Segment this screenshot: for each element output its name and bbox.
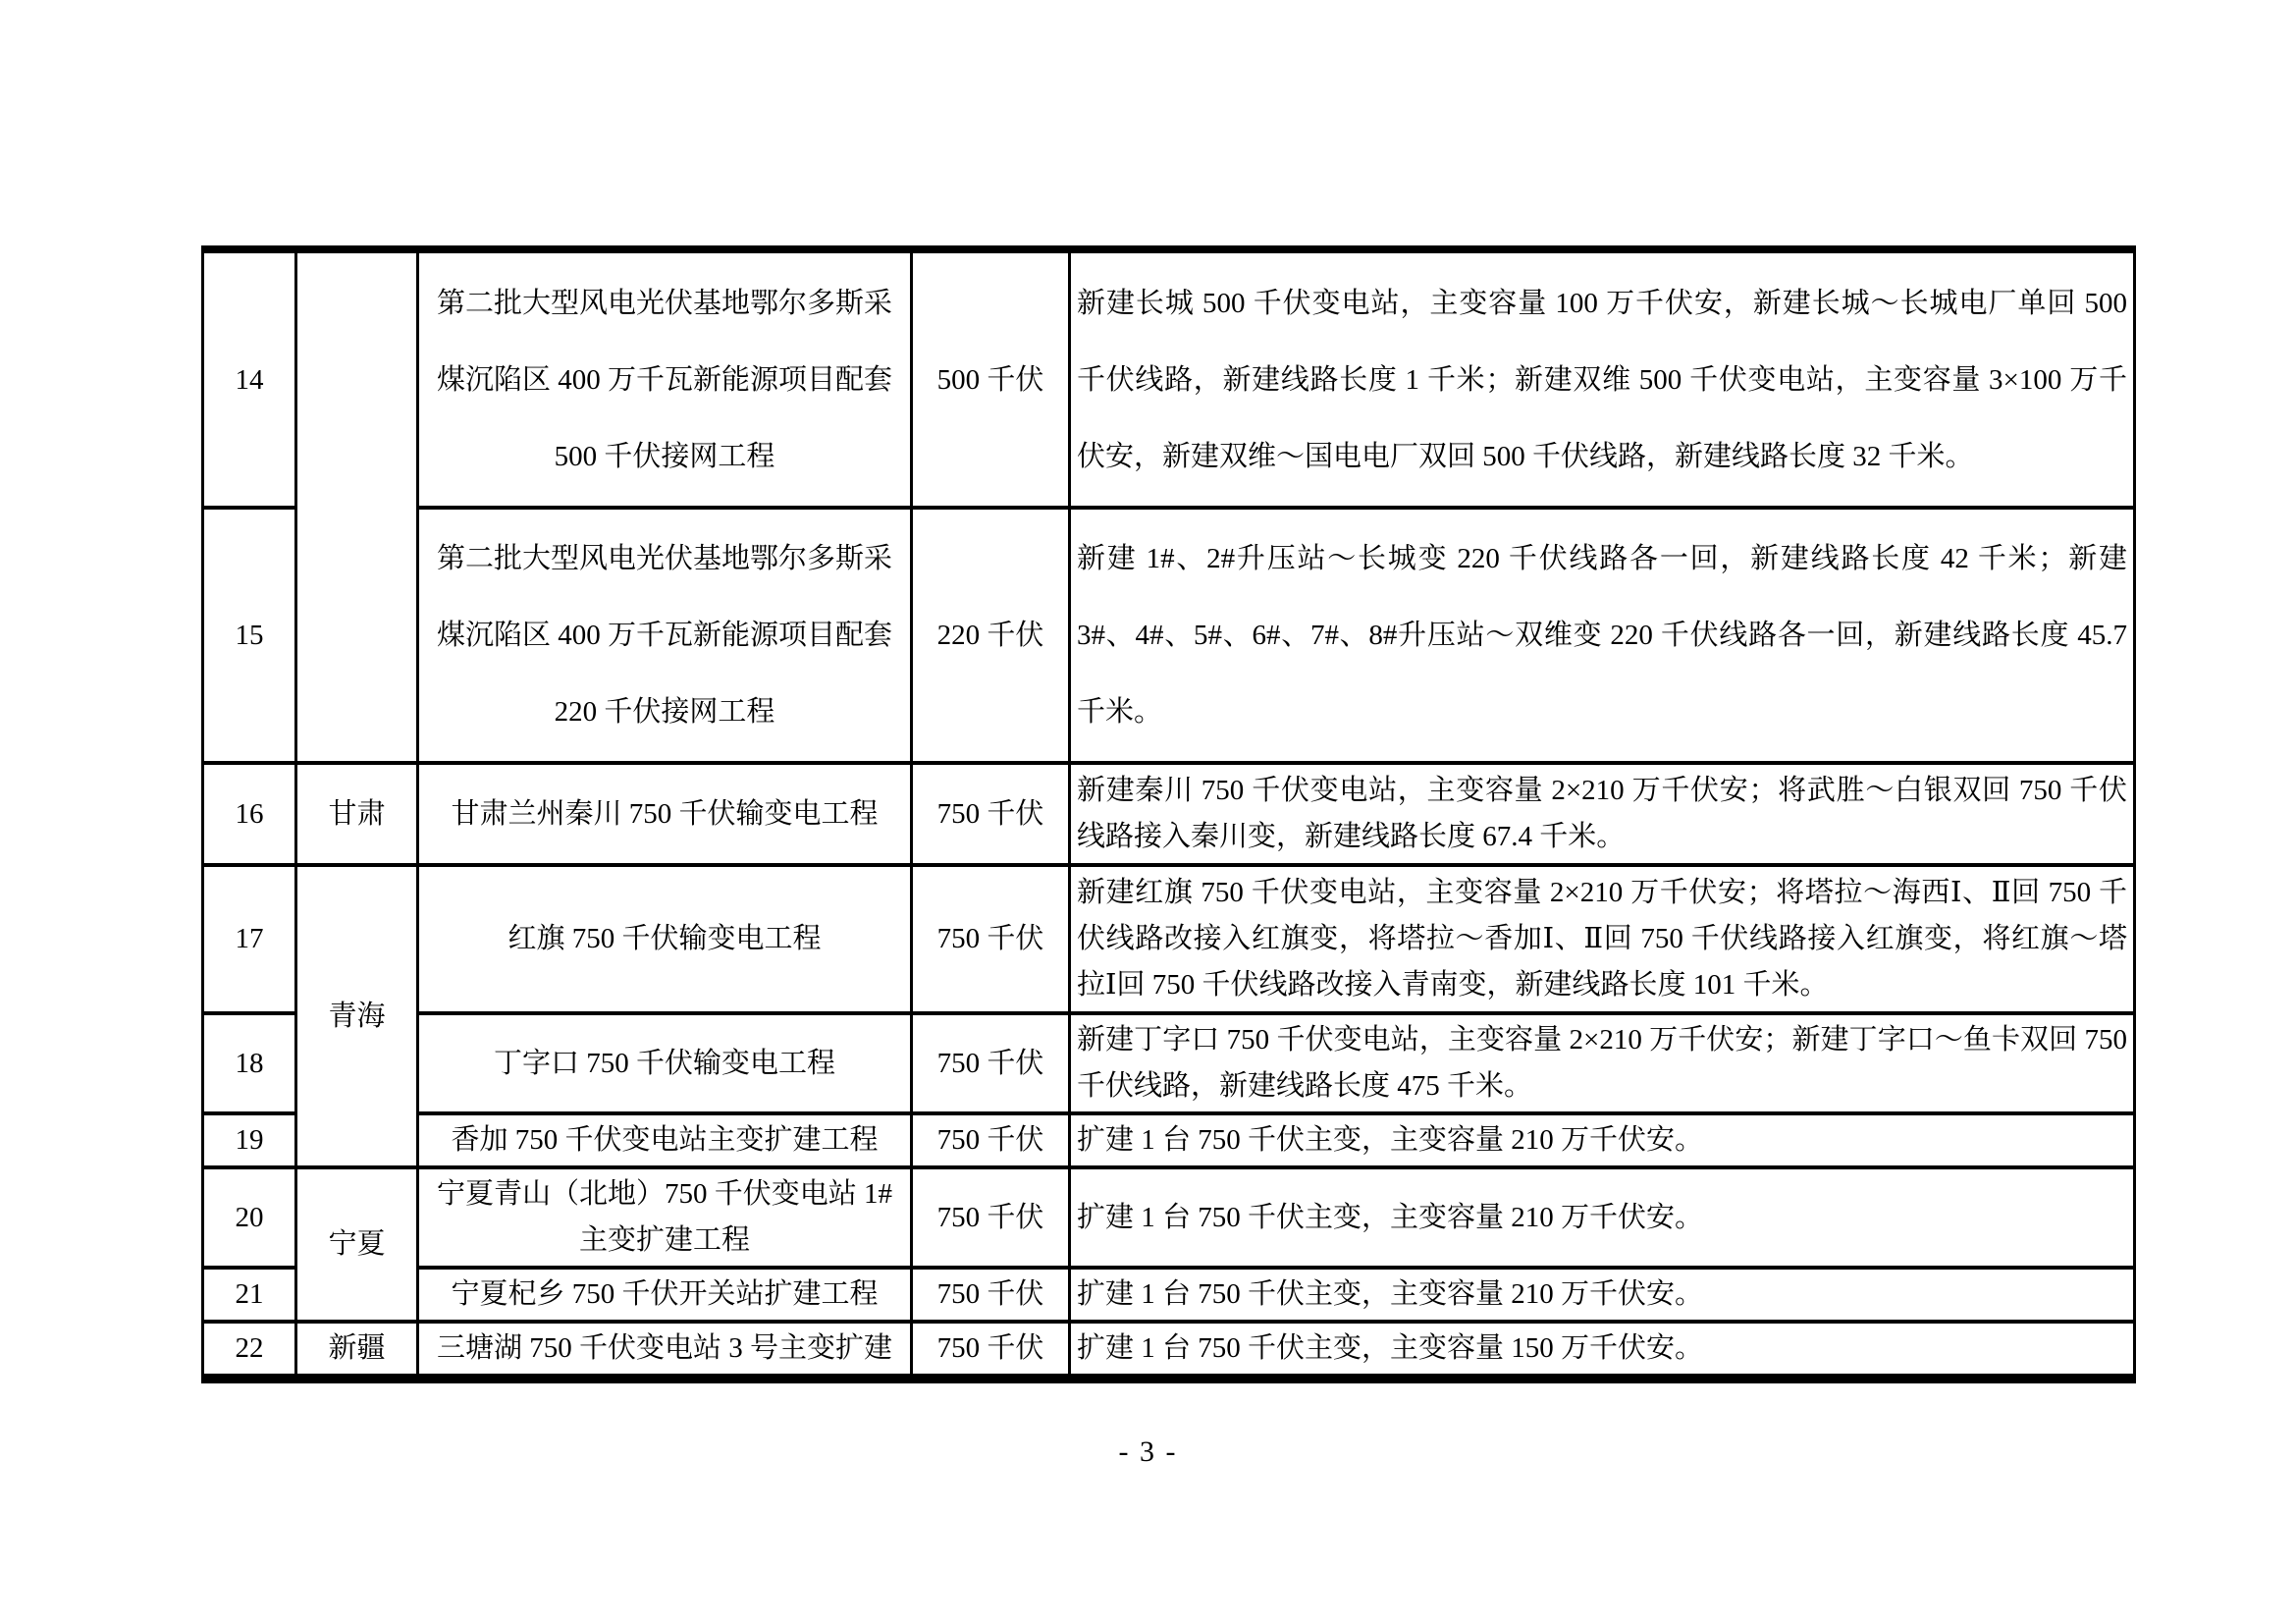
page-number: - 3 - xyxy=(0,1435,2296,1469)
row21-description-cell: 扩建 1 台 750 千伏主变，主变容量 210 万千伏安。 xyxy=(1070,1268,2135,1322)
projects-table: 14 第二批大型风电光伏基地鄂尔多斯采煤沉陷区 400 万千瓦新能源项目配套 5… xyxy=(201,245,2136,1383)
row19-voltage-cell: 750 千伏 xyxy=(912,1113,1070,1167)
row17-number-cell: 17 xyxy=(203,865,296,1013)
province-cell-gansu: 甘肃 xyxy=(296,763,418,865)
province-cell-merged-continued xyxy=(296,249,418,763)
row20-project-cell: 宁夏青山（北地）750 千伏变电站 1# 主变扩建工程 xyxy=(418,1167,912,1268)
province-cell-ningxia: 宁夏 xyxy=(296,1167,418,1322)
table-row: 19 香加 750 千伏变电站主变扩建工程 750 千伏 扩建 1 台 750 … xyxy=(203,1113,2135,1167)
table-row: 21 宁夏杞乡 750 千伏开关站扩建工程 750 千伏 扩建 1 台 750 … xyxy=(203,1268,2135,1322)
row22-number-cell: 22 xyxy=(203,1322,296,1379)
row18-voltage-cell: 750 千伏 xyxy=(912,1013,1070,1113)
row15-project-cell: 第二批大型风电光伏基地鄂尔多斯采煤沉陷区 400 万千瓦新能源项目配套 220 … xyxy=(418,508,912,763)
row17-voltage-cell: 750 千伏 xyxy=(912,865,1070,1013)
row22-voltage-cell: 750 千伏 xyxy=(912,1322,1070,1379)
row17-project-cell: 红旗 750 千伏输变电工程 xyxy=(418,865,912,1013)
row15-voltage-cell: 220 千伏 xyxy=(912,508,1070,763)
province-cell-xinjiang: 新疆 xyxy=(296,1322,418,1379)
row21-project-cell: 宁夏杞乡 750 千伏开关站扩建工程 xyxy=(418,1268,912,1322)
table-row: 15 第二批大型风电光伏基地鄂尔多斯采煤沉陷区 400 万千瓦新能源项目配套 2… xyxy=(203,508,2135,763)
row14-number-cell: 14 xyxy=(203,249,296,508)
row19-number-cell: 19 xyxy=(203,1113,296,1167)
row16-voltage-cell: 750 千伏 xyxy=(912,763,1070,865)
row16-number-cell: 16 xyxy=(203,763,296,865)
row18-project-cell: 丁字口 750 千伏输变电工程 xyxy=(418,1013,912,1113)
row20-description-cell: 扩建 1 台 750 千伏主变，主变容量 210 万千伏安。 xyxy=(1070,1167,2135,1268)
row20-voltage-cell: 750 千伏 xyxy=(912,1167,1070,1268)
row15-number-cell: 15 xyxy=(203,508,296,763)
row19-description-cell: 扩建 1 台 750 千伏主变，主变容量 210 万千伏安。 xyxy=(1070,1113,2135,1167)
table-row: 20 宁夏 宁夏青山（北地）750 千伏变电站 1# 主变扩建工程 750 千伏… xyxy=(203,1167,2135,1268)
table-row: 14 第二批大型风电光伏基地鄂尔多斯采煤沉陷区 400 万千瓦新能源项目配套 5… xyxy=(203,249,2135,508)
row14-voltage-cell: 500 千伏 xyxy=(912,249,1070,508)
row21-voltage-cell: 750 千伏 xyxy=(912,1268,1070,1322)
table-row: 18 丁字口 750 千伏输变电工程 750 千伏 新建丁字口 750 千伏变电… xyxy=(203,1013,2135,1113)
row15-description-cell: 新建 1#、2#升压站～长城变 220 千伏线路各一回，新建线路长度 42 千米… xyxy=(1070,508,2135,763)
row22-project-cell: 三塘湖 750 千伏变电站 3 号主变扩建 xyxy=(418,1322,912,1379)
table-row: 16 甘肃 甘肃兰州秦川 750 千伏输变电工程 750 千伏 新建秦川 750… xyxy=(203,763,2135,865)
row18-number-cell: 18 xyxy=(203,1013,296,1113)
row17-description-cell: 新建红旗 750 千伏变电站，主变容量 2×210 万千伏安；将塔拉～海西Ⅰ、Ⅱ… xyxy=(1070,865,2135,1013)
document-page: 14 第二批大型风电光伏基地鄂尔多斯采煤沉陷区 400 万千瓦新能源项目配套 5… xyxy=(0,0,2296,1624)
row22-description-cell: 扩建 1 台 750 千伏主变，主变容量 150 万千伏安。 xyxy=(1070,1322,2135,1379)
table-row: 22 新疆 三塘湖 750 千伏变电站 3 号主变扩建 750 千伏 扩建 1 … xyxy=(203,1322,2135,1379)
row14-project-cell: 第二批大型风电光伏基地鄂尔多斯采煤沉陷区 400 万千瓦新能源项目配套 500 … xyxy=(418,249,912,508)
row21-number-cell: 21 xyxy=(203,1268,296,1322)
province-cell-qinghai: 青海 xyxy=(296,865,418,1167)
table-row: 17 青海 红旗 750 千伏输变电工程 750 千伏 新建红旗 750 千伏变… xyxy=(203,865,2135,1013)
row20-number-cell: 20 xyxy=(203,1167,296,1268)
row14-description-cell: 新建长城 500 千伏变电站，主变容量 100 万千伏安，新建长城～长城电厂单回… xyxy=(1070,249,2135,508)
row19-project-cell: 香加 750 千伏变电站主变扩建工程 xyxy=(418,1113,912,1167)
row16-project-cell: 甘肃兰州秦川 750 千伏输变电工程 xyxy=(418,763,912,865)
row16-description-cell: 新建秦川 750 千伏变电站，主变容量 2×210 万千伏安；将武胜～白银双回 … xyxy=(1070,763,2135,865)
row18-description-cell: 新建丁字口 750 千伏变电站，主变容量 2×210 万千伏安；新建丁字口～鱼卡… xyxy=(1070,1013,2135,1113)
